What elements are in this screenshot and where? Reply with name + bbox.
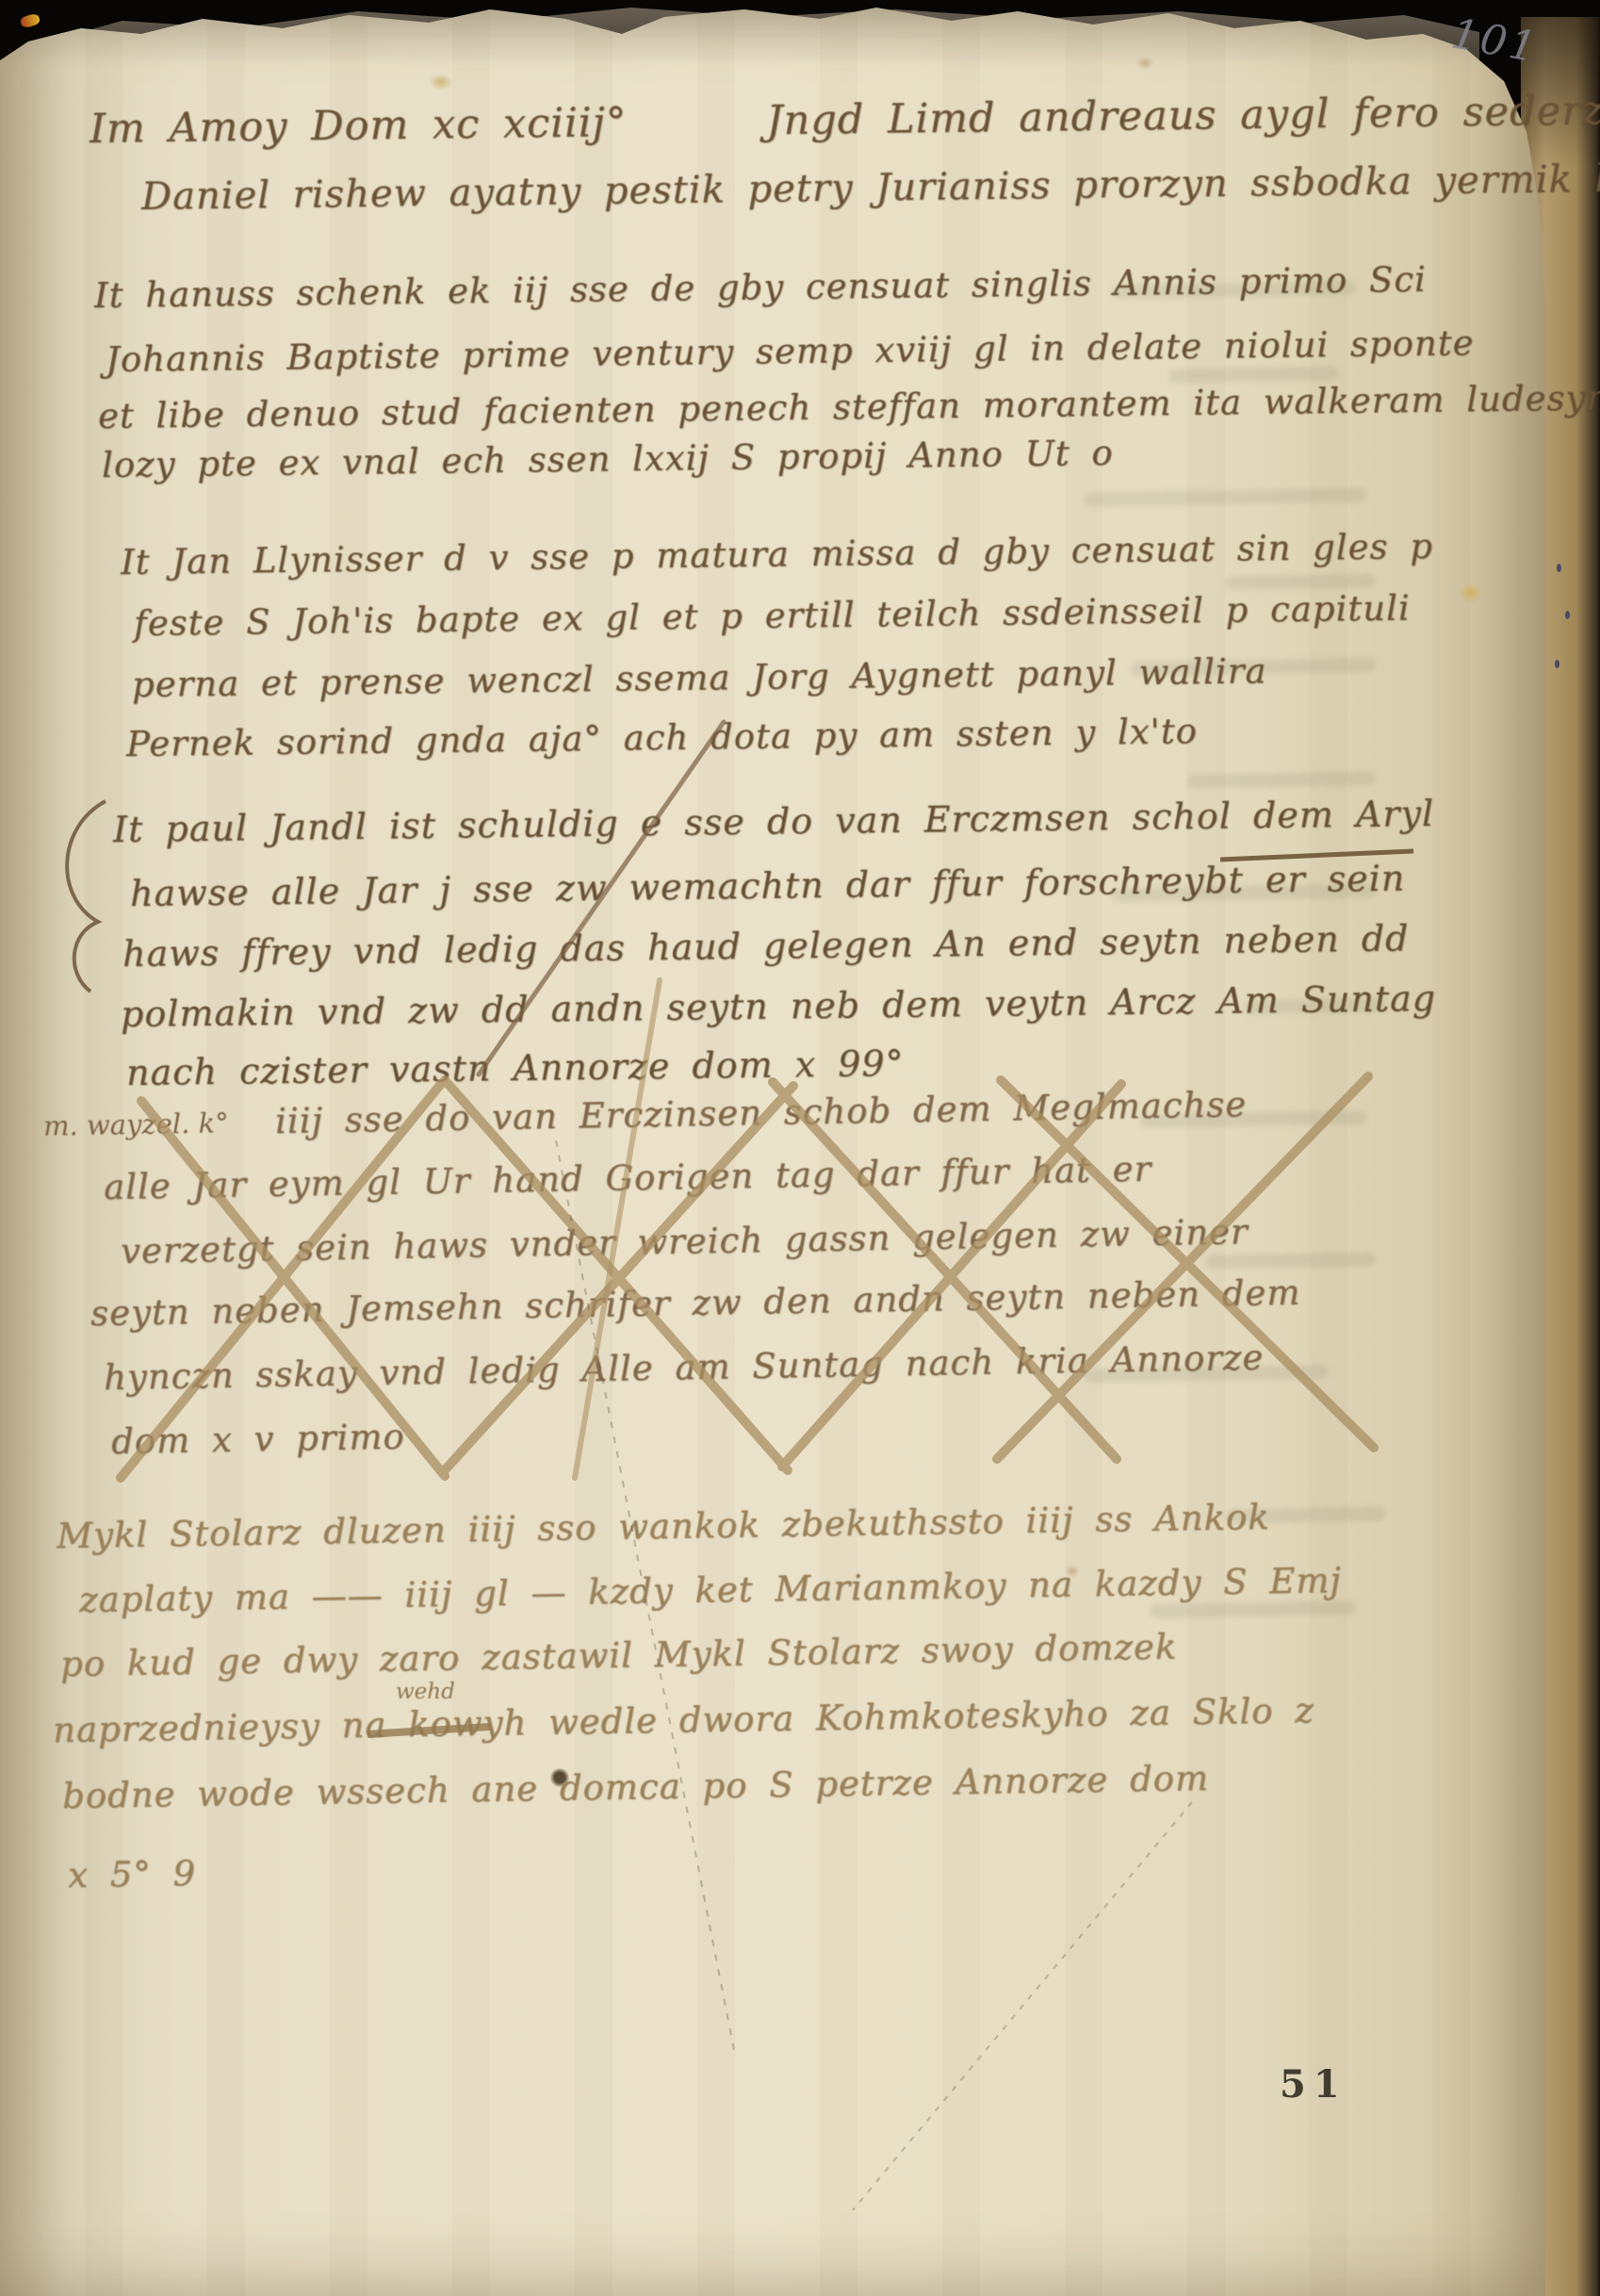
handwriting-layer: Im Amoy Dom xc xciiij° Jngd Limd andreau…	[0, 0, 1600, 2296]
manuscript-line: Mykl Stolarz dluzen iiij sso wankok zbek…	[57, 1497, 1270, 1556]
manuscript-line: lozy pte ex vnal ech ssen lxxij S propij…	[102, 433, 1114, 485]
manuscript-line: bodne wode wssech ane domca po S petrze …	[62, 1758, 1210, 1816]
stamped-page-number: 51	[1280, 2062, 1347, 2107]
manuscript-line: hawse alle Jar j sse zw wemachtn dar ffu…	[130, 857, 1406, 914]
manuscript-line: perna et prense wenczl ssema Jorg Aygnet…	[132, 650, 1267, 705]
manuscript-line: naprzednieysy na kowyh wedle dwora Kohmk…	[53, 1690, 1314, 1750]
manuscript-line: It hanuss schenk ek iij sse de gby censu…	[94, 259, 1427, 316]
manuscript-line: Daniel rishew ayatny pestik petry Jurian…	[141, 156, 1600, 219]
manuscript-line: It Jan Llynisser d v sse p matura missa …	[121, 526, 1433, 582]
margin-note: m. wayzel. k°	[43, 1107, 229, 1141]
manuscript-photo: Im Amoy Dom xc xciiij° Jngd Limd andreau…	[0, 0, 1600, 2296]
manuscript-line: feste S Joh'is bapte ex gl et p ertill t…	[134, 587, 1411, 644]
manuscript-line: et libe denuo stud facienten penech stef…	[98, 377, 1600, 436]
manuscript-line: po kud ge dwy zaro zastawil Mykl Stolarz…	[60, 1626, 1178, 1684]
manuscript-line: x 5° 9	[68, 1853, 197, 1895]
manuscript-line: hynczn sskay vnd ledig Alle am Suntag na…	[104, 1337, 1265, 1398]
interlinear-correction: wehd	[396, 1680, 455, 1704]
manuscript-line: Johannis Baptiste prime ventury semp xvi…	[106, 322, 1475, 380]
manuscript-line: haws ffrey vnd ledig das haud gelegen An…	[122, 917, 1410, 975]
manuscript-line: Im Amoy Dom xc xciiij° Jngd Limd andreau…	[90, 87, 1600, 153]
manuscript-line: seytn neben Jemsehn schrifer zw den andn…	[90, 1272, 1301, 1334]
manuscript-line: It paul Jandl ist schuldig e sse do van …	[113, 793, 1435, 850]
manuscript-line: dom x v primo	[111, 1417, 405, 1462]
manuscript-line: zaplaty ma —— iiij gl — kzdy ket Marianm…	[79, 1560, 1342, 1620]
manuscript-line: polmakin vnd zw dd andn seytn neb dem ve…	[121, 977, 1437, 1035]
manuscript-line: verzetgt sein haws vnder wreich gassn ge…	[121, 1211, 1249, 1271]
manuscript-line: iiij sse do van Erczinsen schob dem Megl…	[275, 1084, 1248, 1141]
manuscript-line: Pernek sorind gnda aja° ach dota py am s…	[126, 711, 1198, 764]
manuscript-line: alle Jar eym gl Ur hand Gorigen tag dar …	[104, 1149, 1152, 1207]
manuscript-line: nach czister vastn Annorze dom x 99°	[126, 1042, 905, 1093]
